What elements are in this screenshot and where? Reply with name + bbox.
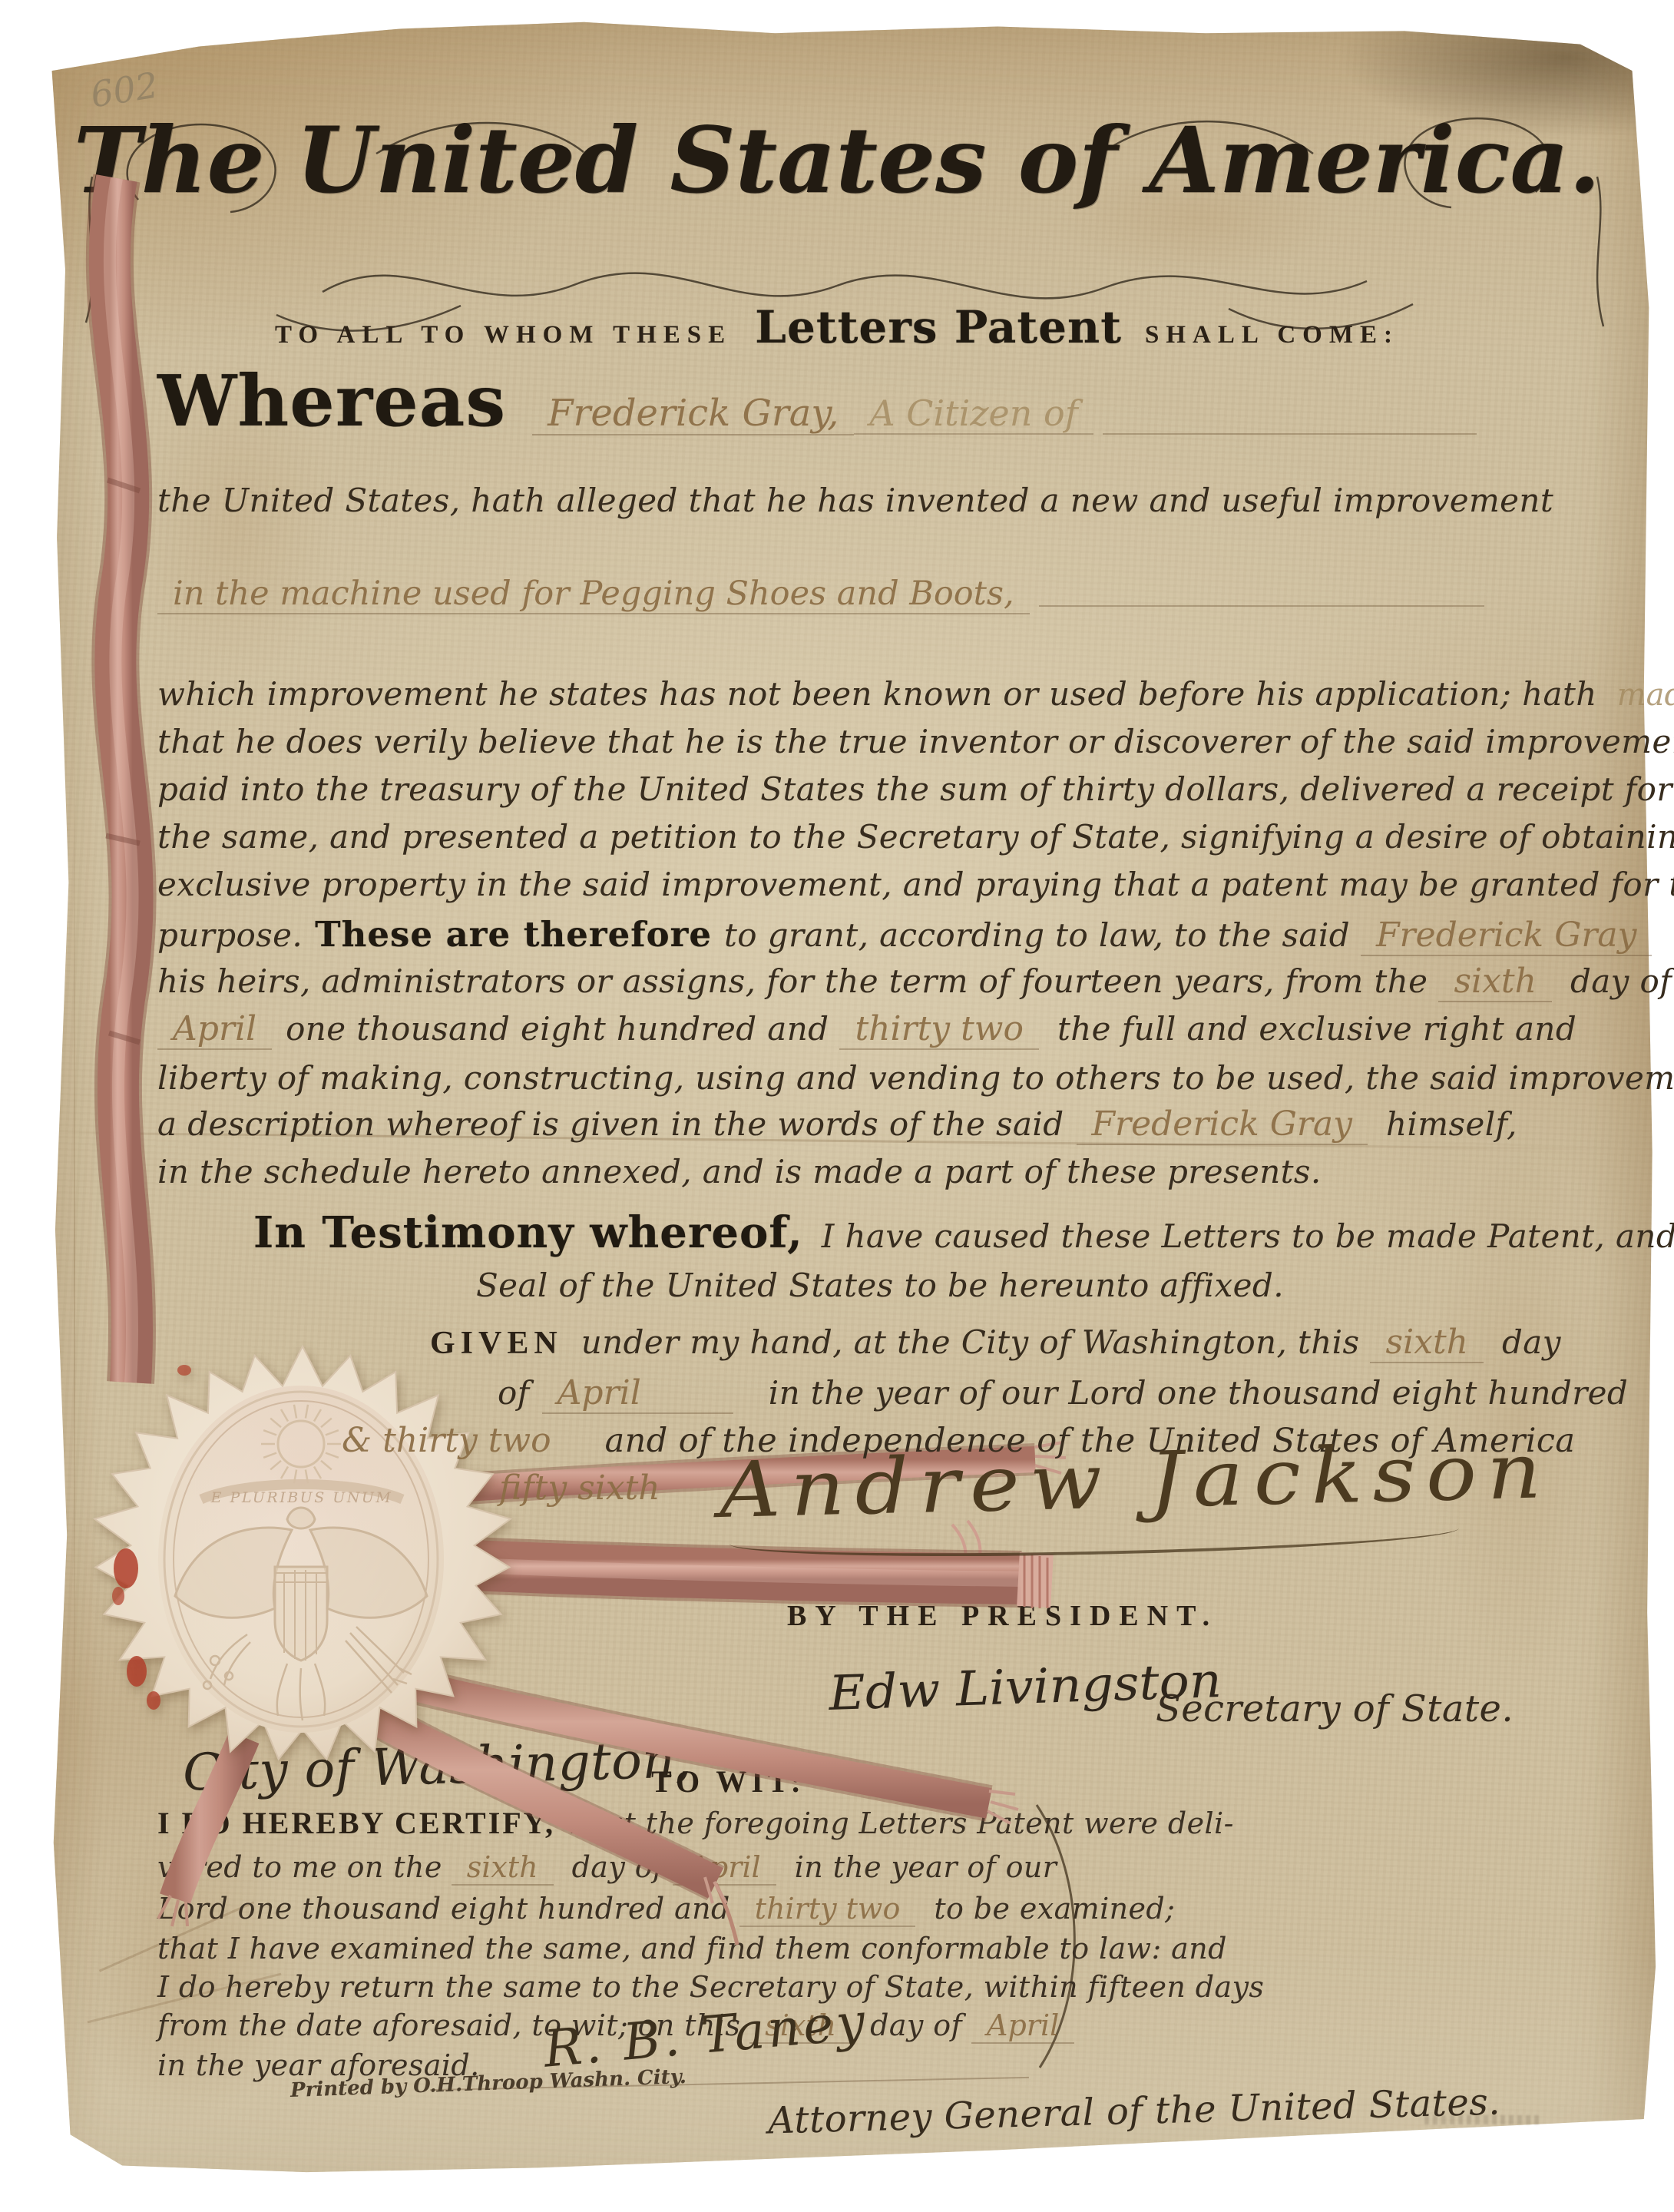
certify-line-3: Lord one thousand eight hundred and thir…	[157, 1892, 1040, 1927]
citizen-of-written: A Citizen of	[854, 396, 1093, 435]
grant-line-1-printed: which improvement he states has not been…	[157, 676, 1597, 713]
testimony-line-2: Seal of the United States to be hereunto…	[476, 1267, 1284, 1304]
certify-line-3-pre: Lord one thousand eight hundred and	[157, 1892, 730, 1926]
certify-line-1-script: That the foregoing Letters Patent were d…	[567, 1807, 1234, 1841]
grant-line-6-therefore: These are therefore	[315, 914, 712, 955]
grant-line-8-printed2: the full and exclusive right and	[1057, 1011, 1576, 1048]
grant-line-7: his heirs, administrators or assigns, fo…	[157, 963, 1490, 1002]
certify-line-6-month: April	[971, 2011, 1074, 2044]
in-testimony-whereof: In Testimony whereof,	[253, 1207, 803, 1258]
grant-line-4: the same, and presented a petition to th…	[157, 819, 1674, 856]
grant-line-5: exclusive property in the said improveme…	[157, 866, 1674, 903]
certify-line-4: that I have examined the same, and find …	[157, 1932, 1227, 1966]
given-line-1: GIVEN under my hand, at the City of Wash…	[430, 1324, 1490, 1363]
grant-line-1: which improvement he states has not been…	[157, 676, 1674, 713]
testimony-line-1: In Testimony whereof, I have caused thes…	[253, 1207, 1674, 1258]
given-line-2-script: in the year of our Lord one thousand eig…	[769, 1375, 1628, 1412]
patentee-name-written: Frederick Gray,	[532, 395, 854, 435]
grant-line-2: that he does verily believe that he is t…	[157, 724, 1674, 760]
by-the-president-label: BY THE PRESIDENT.	[787, 1599, 1218, 1633]
grant-line-10-end: himself,	[1386, 1106, 1517, 1143]
archival-number: 602	[88, 67, 160, 112]
grant-line-6-purpose: purpose.	[157, 917, 303, 954]
certify-line-1: I DO HEREBY CERTIFY, That the foregoing …	[157, 1805, 1234, 1841]
salutation-pre: TO ALL TO WHOM THESE	[275, 321, 732, 349]
blank-rule	[1039, 605, 1484, 607]
grant-line-10-printed: a description whereof is given in the wo…	[157, 1106, 1064, 1143]
salutation-letters-patent: Letters Patent	[755, 301, 1122, 353]
given-day-written: sixth	[1370, 1326, 1484, 1363]
certify-year-written: thirty two	[739, 1894, 916, 1927]
grant-line-8: April one thousand eight hundred and thi…	[157, 1011, 1490, 1050]
given-month-written: April	[542, 1376, 733, 1414]
salutation-row: TO ALL TO WHOM THESE Letters Patent SHAL…	[0, 301, 1674, 353]
grant-line-10: a description whereof is given in the wo…	[157, 1106, 1490, 1145]
certify-line-2: vered to me on the sixth day of April in…	[157, 1851, 1040, 1886]
invention-written: in the machine used for Pegging Shoes an…	[157, 578, 1030, 614]
faint-archival-mark	[1424, 2115, 1540, 2124]
given-line-2: of April in the year of our Lord one tho…	[498, 1375, 1628, 1414]
alleged-line: the United States, hath alleged that he …	[157, 482, 1553, 519]
certify-line-2-pre: vered to me on the	[157, 1851, 442, 1885]
certify-line-3-post: to be examined;	[934, 1892, 1175, 1926]
grant-line-1-written: made oath	[1617, 680, 1674, 710]
certify-line-2-mid: day of	[572, 1851, 664, 1885]
independence-year-written: fifty sixth	[499, 1472, 660, 1505]
whereas-row: Whereas Frederick Gray, A Citizen of	[157, 359, 1486, 442]
given-year-written: & thirty two	[342, 1424, 551, 1458]
certify-line-6-mid: day of	[870, 2009, 962, 2043]
grant-line-3: paid into the treasury of the United Sta…	[157, 771, 1672, 808]
grant-line-9: liberty of making, constructing, using a…	[157, 1060, 1674, 1097]
given-day-label: day	[1502, 1324, 1561, 1361]
grant-line-11: in the schedule hereto annexed, and is m…	[157, 1154, 1322, 1190]
certify-caps: I DO HEREBY CERTIFY,	[157, 1805, 555, 1841]
given-line-1-script: under my hand, at the City of Washington…	[581, 1324, 1360, 1361]
grant-line-8-month: April	[157, 1012, 272, 1050]
certify-day-written: sixth	[452, 1853, 554, 1886]
grant-line-8-printed1: one thousand eight hundred and	[286, 1011, 829, 1048]
salutation-post: SHALL COME:	[1145, 321, 1399, 349]
certify-line-5: I do hereby return the same to the Secre…	[157, 1971, 1264, 2005]
whereas-word: Whereas	[157, 359, 506, 442]
grant-line-8-year: thirty two	[839, 1012, 1038, 1050]
patent-document-scan: 602 The United States of America. TO ALL…	[0, 0, 1674, 2212]
grant-line-6: purpose. These are therefore to grant, a…	[157, 914, 1490, 956]
certify-month-written: April	[673, 1853, 776, 1886]
to-wit-label: TO WIT:	[651, 1763, 806, 1800]
given-of: of	[498, 1375, 530, 1412]
invention-row: in the machine used for Pegging Shoes an…	[157, 578, 1494, 614]
grant-line-10-written: Frederick Gray	[1077, 1108, 1368, 1145]
blank-rule	[1103, 433, 1477, 435]
certify-line-2-post: in the year of our	[795, 1851, 1057, 1885]
grant-line-7-written: sixth	[1438, 965, 1552, 1002]
grant-line-7-printed: his heirs, administrators or assigns, fo…	[157, 963, 1428, 1000]
testimony-line-1-script: I have caused these Letters to be made P…	[822, 1218, 1674, 1255]
grant-line-6-written: Frederick Gray	[1361, 919, 1652, 956]
given-word: GIVEN	[430, 1325, 563, 1362]
grant-line-6-grant: to grant, according to law, to the said	[724, 917, 1350, 954]
document-title: The United States of America.	[0, 115, 1674, 206]
grant-line-7-dayof: day of	[1570, 963, 1672, 1000]
